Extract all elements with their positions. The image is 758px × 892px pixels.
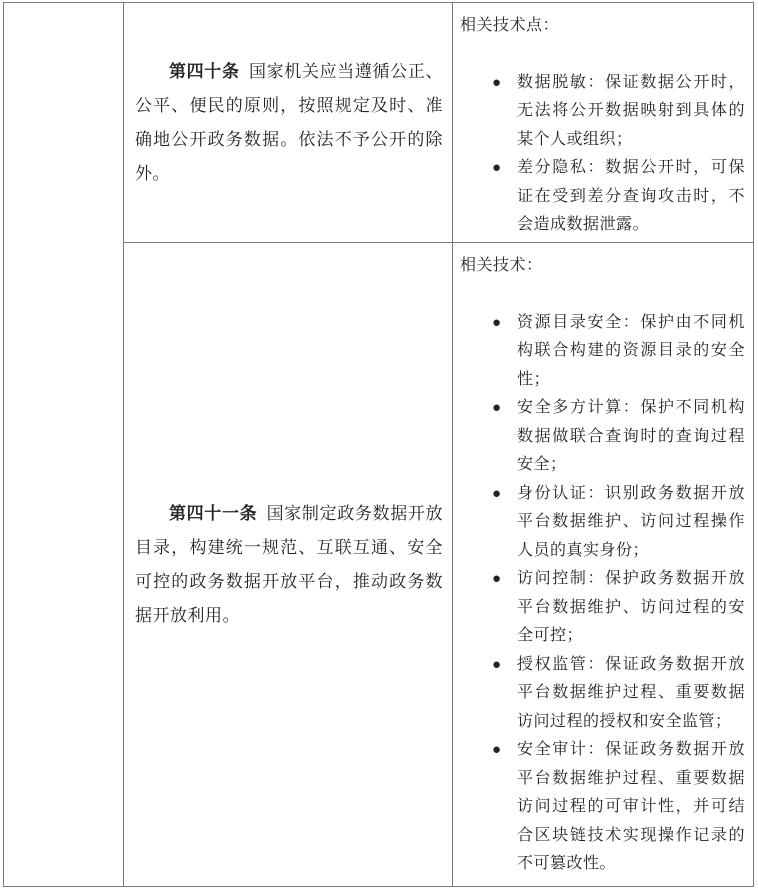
list-item: ● 安全多方计算：保护不同机构数据做联合查询时的查询过程安全； xyxy=(460,394,745,480)
regulation-tech-table: 第四十条国家机关应当遵循公正、公平、便民的原则，按照规定及时、准确地公开政务数据… xyxy=(3,2,754,887)
tech-point-text: 访问控制：保护政务数据开放平台数据维护、访问过程的安全可控； xyxy=(517,570,745,644)
bullet-icon: ● xyxy=(492,565,502,594)
tech-points-list-row2: ● 资源目录安全：保护由不同机构联合构建的资源目录的安全性； ● 安全多方计算：… xyxy=(460,309,745,879)
tech-heading: 相关技术： xyxy=(460,252,745,281)
list-item: ● 资源目录安全：保护由不同机构联合构建的资源目录的安全性； xyxy=(460,309,745,395)
bullet-icon: ● xyxy=(492,154,502,183)
bullet-icon: ● xyxy=(492,69,502,98)
article-40-paragraph: 第四十条国家机关应当遵循公正、公平、便民的原则，按照规定及时、准确地公开政务数据… xyxy=(124,55,452,191)
left-spacer-cell xyxy=(4,3,124,886)
article-41-number: 第四十一条 xyxy=(169,504,257,523)
tech-point-text: 安全审计：保证政务数据开放平台数据维护过程、重要数据访问过程的可审计性，并可结合… xyxy=(517,741,745,872)
bullet-icon: ● xyxy=(492,309,502,338)
list-item: ● 安全审计：保证政务数据开放平台数据维护过程、重要数据访问过程的可审计性，并可… xyxy=(460,736,745,879)
tech-points-heading: 相关技术点： xyxy=(460,12,745,41)
tech-point-text: 差分隐私：数据公开时，可保证在受到差分查询攻击时，不会造成数据泄露。 xyxy=(517,159,745,233)
list-item: ● 授权监管：保证政务数据开放平台数据维护过程、重要数据访问过程的授权和安全监管… xyxy=(460,651,745,737)
list-item: ● 身份认证：识别政务数据开放平台数据维护、访问过程操作人员的真实身份； xyxy=(460,480,745,566)
tech-point-text: 数据脱敏：保证数据公开时，无法将公开数据映射到具体的某个人或组织； xyxy=(517,74,745,148)
list-item: ● 数据脱敏：保证数据公开时，无法将公开数据映射到具体的某个人或组织； xyxy=(460,69,745,155)
list-item: ● 差分隐私：数据公开时，可保证在受到差分查询攻击时，不会造成数据泄露。 xyxy=(460,154,745,240)
tech-points-cell-row1: 相关技术点： ● 数据脱敏：保证数据公开时，无法将公开数据映射到具体的某个人或组… xyxy=(453,3,753,243)
article-40-number: 第四十条 xyxy=(169,62,240,81)
tech-point-text: 身份认证：识别政务数据开放平台数据维护、访问过程操作人员的真实身份； xyxy=(517,485,745,559)
bullet-icon: ● xyxy=(492,394,502,423)
tech-point-text: 资源目录安全：保护由不同机构联合构建的资源目录的安全性； xyxy=(517,314,745,388)
tech-point-text: 安全多方计算：保护不同机构数据做联合查询时的查询过程安全； xyxy=(517,399,745,473)
bullet-icon: ● xyxy=(492,736,502,765)
list-item: ● 访问控制：保护政务数据开放平台数据维护、访问过程的安全可控； xyxy=(460,565,745,651)
article-41-paragraph: 第四十一条国家制定政务数据开放目录，构建统一规范、互联互通、安全可控的政务数据开… xyxy=(124,497,452,633)
tech-points-list-row1: ● 数据脱敏：保证数据公开时，无法将公开数据映射到具体的某个人或组织； ● 差分… xyxy=(460,69,745,240)
bullet-icon: ● xyxy=(492,651,502,680)
article-40-cell: 第四十条国家机关应当遵循公正、公平、便民的原则，按照规定及时、准确地公开政务数据… xyxy=(124,3,453,243)
article-41-cell: 第四十一条国家制定政务数据开放目录，构建统一规范、互联互通、安全可控的政务数据开… xyxy=(124,243,453,886)
tech-point-text: 授权监管：保证政务数据开放平台数据维护过程、重要数据访问过程的授权和安全监管； xyxy=(517,656,745,730)
tech-points-cell-row2: 相关技术： ● 资源目录安全：保护由不同机构联合构建的资源目录的安全性； ● 安… xyxy=(453,243,753,886)
bullet-icon: ● xyxy=(492,480,502,509)
